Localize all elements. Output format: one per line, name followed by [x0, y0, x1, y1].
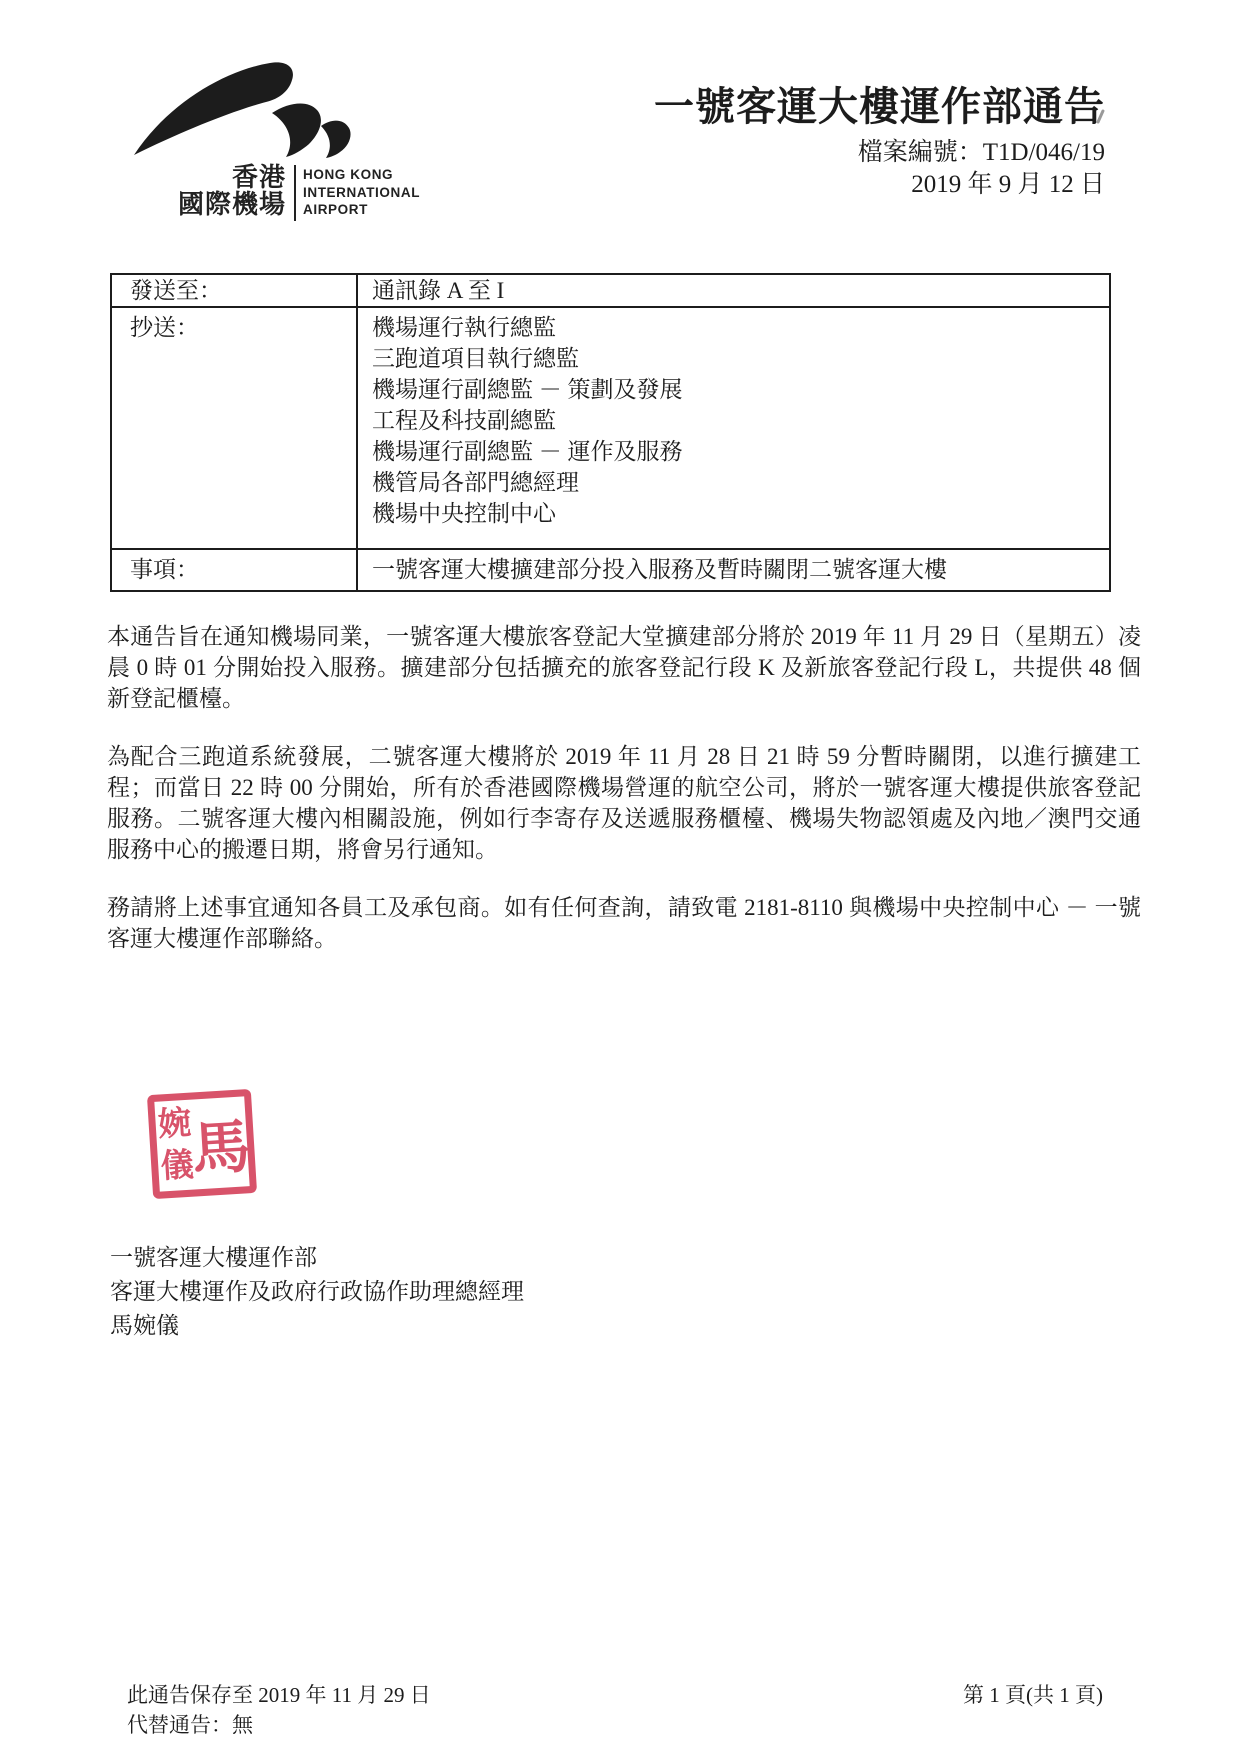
page-number: 第 1 頁(共 1 頁)	[963, 1680, 1103, 1710]
cc-line: 機場中央控制中心	[372, 498, 1109, 529]
logo-chinese-name: 香港 國際機場	[168, 164, 286, 218]
header-block: 一號客運大樓運作部通告 檔案編號：T1D/046/19 2019 年 9 月 1…	[558, 84, 1105, 199]
cc-line: 機場運行副總監 － 運作及服務	[372, 436, 1109, 467]
name-seal-stamp: 婉 儀 馬	[147, 1089, 257, 1199]
notice-page: 香港 國際機場 HONG KONG INTERNATIONAL AIRPORT …	[0, 0, 1240, 1754]
row-value: 一號客運大樓擴建部分投入服務及暫時關閉二號客運大樓	[358, 550, 1109, 590]
table-row-cc: 抄送： 機場運行執行總監 三跑道項目執行總監 機場運行副總監 － 策劃及發展 工…	[112, 306, 1109, 548]
row-label: 事項：	[112, 550, 358, 590]
footer-retention-block: 此通告保存至 2019 年 11 月 29 日 代替通告：無	[127, 1680, 431, 1740]
signature-name: 馬婉儀	[110, 1309, 524, 1343]
seal-char-ma: 馬	[189, 1099, 252, 1186]
airport-logo-icon	[132, 60, 376, 160]
logo-en-line3: AIRPORT	[303, 201, 420, 219]
footer-replacement-notice: 代替通告：無	[127, 1710, 431, 1740]
distribution-table: 發送至： 通訊錄 A 至 I 抄送： 機場運行執行總監 三跑道項目執行總監 機場…	[110, 273, 1111, 592]
cc-line: 機管局各部門總經理	[372, 467, 1109, 498]
signature-department: 一號客運大樓運作部	[110, 1241, 524, 1275]
table-row-send-to: 發送至： 通訊錄 A 至 I	[112, 275, 1109, 306]
document-title: 一號客運大樓運作部通告	[558, 84, 1105, 130]
cc-line: 機場運行執行總監	[372, 312, 1109, 343]
cc-line: 機場運行副總監 － 策劃及發展	[372, 374, 1109, 405]
seal-char-yee: 儀	[160, 1146, 195, 1188]
row-label: 發送至：	[112, 275, 358, 306]
row-value: 機場運行執行總監 三跑道項目執行總監 機場運行副總監 － 策劃及發展 工程及科技…	[358, 308, 1109, 548]
logo-divider	[294, 165, 296, 221]
row-value: 通訊錄 A 至 I	[358, 275, 1109, 306]
cc-line: 工程及科技副總監	[372, 405, 1109, 436]
logo-english-name: HONG KONG INTERNATIONAL AIRPORT	[303, 164, 420, 219]
body-paragraph-2: 為配合三跑道系統發展，二號客運大樓將於 2019 年 11 月 28 日 21 …	[107, 741, 1141, 865]
seal-right-column: 馬	[192, 1096, 250, 1189]
logo-zh-line2: 國際機場	[168, 191, 286, 218]
table-row-subject: 事項： 一號客運大樓擴建部分投入服務及暫時關閉二號客運大樓	[112, 548, 1109, 590]
cc-line: 三跑道項目執行總監	[372, 343, 1109, 374]
body-paragraph-1: 本通告旨在通知機場同業，一號客運大樓旅客登記大堂擴建部分將於 2019 年 11…	[107, 621, 1141, 714]
logo-zh-line1: 香港	[168, 164, 286, 191]
signature-title: 客運大樓運作及政府行政協作助理總經理	[110, 1275, 524, 1309]
document-date: 2019 年 9 月 12 日	[558, 171, 1105, 199]
logo-en-line2: INTERNATIONAL	[303, 184, 420, 202]
logo-en-line1: HONG KONG	[303, 166, 420, 184]
signature-block: 一號客運大樓運作部 客運大樓運作及政府行政協作助理總經理 馬婉儀	[110, 1241, 524, 1343]
file-number: 檔案編號：T1D/046/19	[558, 139, 1105, 167]
seal-char-wan: 婉	[157, 1104, 192, 1146]
body-paragraph-3: 務請將上述事宜通知各員工及承包商。如有任何查詢，請致電 2181-8110 與機…	[107, 892, 1141, 954]
airport-logo-wordmark: 香港 國際機場 HONG KONG INTERNATIONAL AIRPORT	[168, 164, 420, 221]
row-label: 抄送：	[112, 308, 358, 548]
footer-retention-date: 此通告保存至 2019 年 11 月 29 日	[127, 1680, 431, 1710]
